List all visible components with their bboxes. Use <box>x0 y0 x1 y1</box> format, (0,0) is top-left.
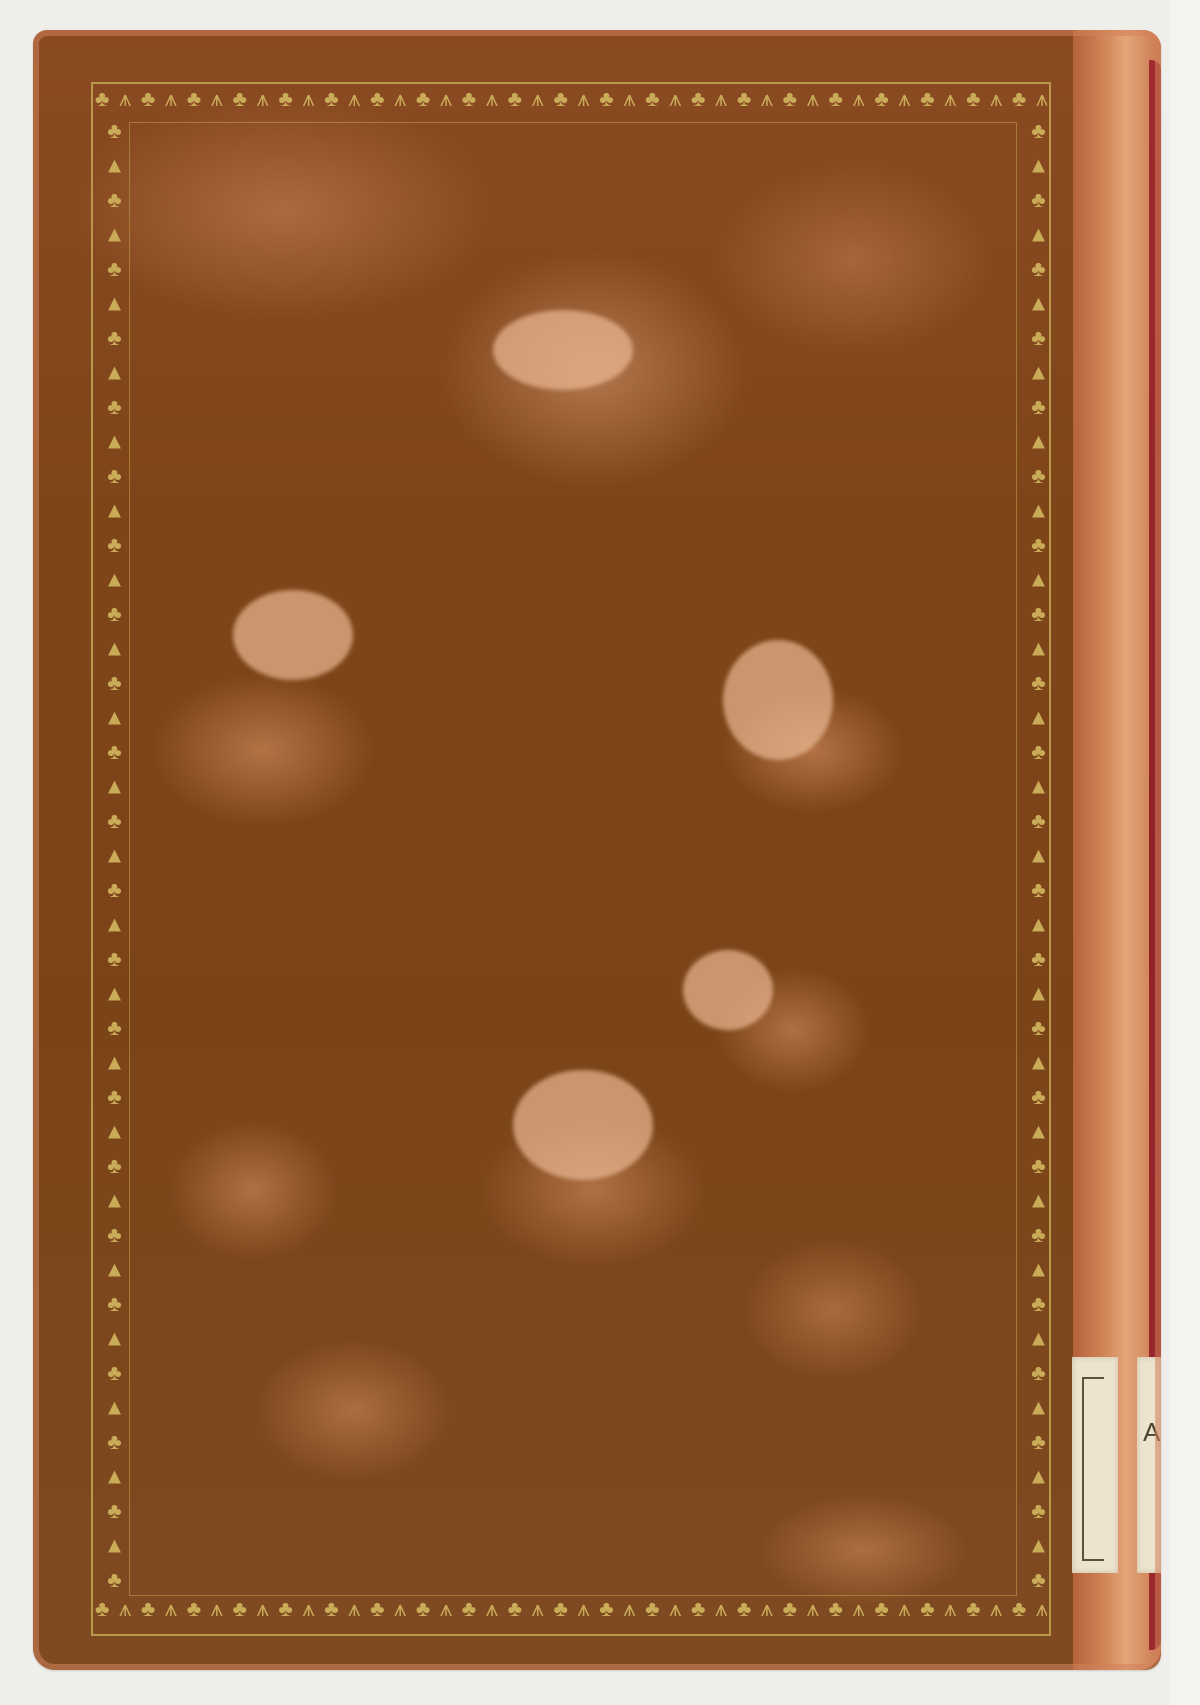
gilt-inner-rule <box>129 122 1017 1596</box>
label-frame <box>1082 1377 1104 1561</box>
gilt-ornament-left: ♣ ▲ ♣ ▲ ♣ ▲ ♣ ▲ ♣ ▲ ♣ ▲ ♣ ▲ ♣ ▲ ♣ ▲ ♣ ▲ … <box>95 118 125 1598</box>
background-edge <box>1170 0 1200 1705</box>
book-back-cover: ♣ ⩚ ♣ ⩚ ♣ ⩚ ♣ ⩚ ♣ ⩚ ♣ ⩚ ♣ ⩚ ♣ ⩚ ♣ ⩚ ♣ ⩚ … <box>33 30 1161 1670</box>
shelf-label-2: A <box>1137 1357 1161 1573</box>
gilt-ornament-top: ♣ ⩚ ♣ ⩚ ♣ ⩚ ♣ ⩚ ♣ ⩚ ♣ ⩚ ♣ ⩚ ♣ ⩚ ♣ ⩚ ♣ ⩚ … <box>95 88 1047 118</box>
label-2-text: A <box>1143 1417 1160 1448</box>
gilt-ornament-bottom: ♣ ⩚ ♣ ⩚ ♣ ⩚ ♣ ⩚ ♣ ⩚ ♣ ⩚ ♣ ⩚ ♣ ⩚ ♣ ⩚ ♣ ⩚ … <box>95 1598 1047 1628</box>
gilt-ornament-right: ♣ ▲ ♣ ▲ ♣ ▲ ♣ ▲ ♣ ▲ ♣ ▲ ♣ ▲ ♣ ▲ ♣ ▲ ♣ ▲ … <box>1019 118 1049 1598</box>
shelf-label-1 <box>1072 1357 1118 1573</box>
